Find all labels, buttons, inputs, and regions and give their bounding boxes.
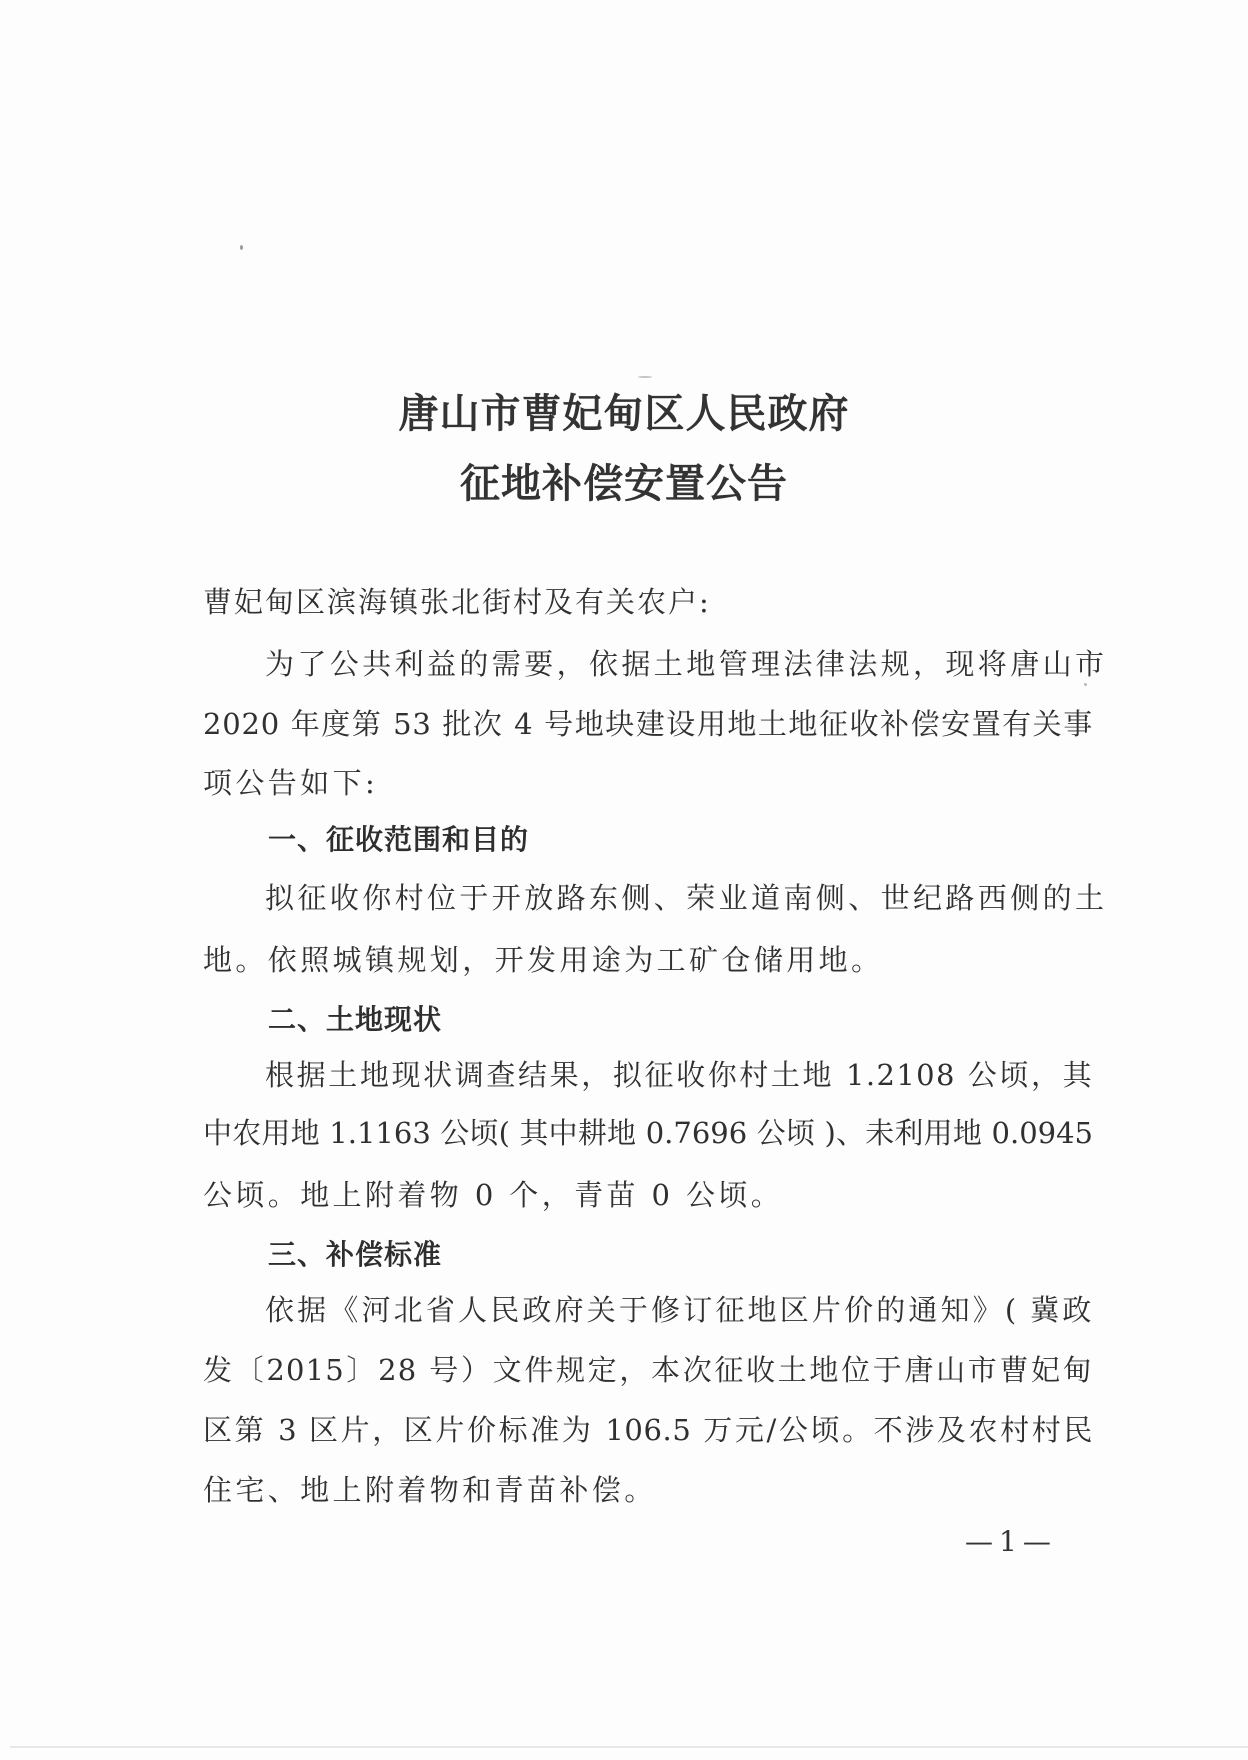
addressee: 曹妃甸区滨海镇张北街村及有关农户:	[203, 582, 1093, 622]
document-title-line-2: 征地补偿安置公告	[0, 452, 1248, 509]
intro-line-3: 项公告如下:	[203, 763, 1093, 803]
section-1-line-2: 地。依照城镇规划，开发用途为工矿仓储用地。	[203, 940, 1093, 980]
page-number: —1—	[965, 1522, 1057, 1562]
section-1-line-1: 拟征收你村位于开放路东侧、荣业道南侧、世纪路西侧的土	[265, 878, 1093, 918]
section-3-line-2: 发〔2015〕28 号）文件规定，本次征收土地位于唐山市曹妃甸	[203, 1350, 1093, 1390]
bottom-rule	[10, 1746, 1248, 1748]
section-2-line-3: 公顷。地上附着物 0 个，青苗 0 公顷。	[203, 1175, 1093, 1215]
scan-speck	[638, 376, 652, 378]
document-title-line-1: 唐山市曹妃甸区人民政府	[0, 382, 1248, 439]
section-3-line-4: 住宅、地上附着物和青苗补偿。	[203, 1470, 1093, 1510]
section-heading-3: 三、补偿标准	[268, 1235, 442, 1275]
section-2-line-2: 中农用地 1.1163 公顷( 其中耕地 0.7696 公顷 )、未利用地 0.…	[203, 1113, 1093, 1153]
section-heading-1: 一、征收范围和目的	[268, 820, 529, 860]
intro-line-2: 2020 年度第 53 批次 4 号地块建设用地土地征收补偿安置有关事	[203, 704, 1093, 744]
section-3-line-1: 依据《河北省人民政府关于修订征地区片价的通知》( 冀政	[265, 1290, 1093, 1330]
section-2-line-1: 根据土地现状调查结果，拟征收你村土地 1.2108 公顷，其	[265, 1055, 1093, 1095]
section-heading-2: 二、土地现状	[268, 1000, 442, 1040]
document-page: 唐山市曹妃甸区人民政府 征地补偿安置公告 曹妃甸区滨海镇张北街村及有关农户: 为…	[0, 0, 1248, 1760]
scan-speck	[240, 245, 243, 250]
scan-speck	[1084, 683, 1087, 686]
intro-line-1: 为了公共利益的需要，依据土地管理法律法规，现将唐山市	[265, 644, 1093, 684]
section-3-line-3: 区第 3 区片，区片价标准为 106.5 万元/公顷。不涉及农村村民	[203, 1410, 1093, 1450]
